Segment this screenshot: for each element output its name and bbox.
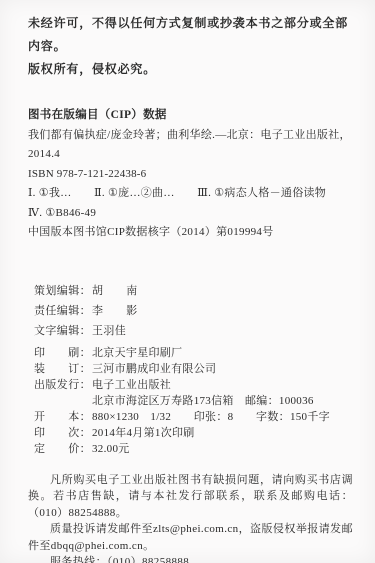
field-value: 北京天宇星印刷厂 [92,347,182,359]
field-label: 开 本： [34,409,92,425]
field-value: 32.00元 [92,443,130,455]
cip-heading: 图书在版编目（CIP）数据 [28,106,353,126]
notice-line-2: 版权所有，侵权必究。 [28,58,353,81]
field-value: 880×1230 1/32 印张：8 字数：150千字 [92,411,330,423]
cip-data-block: 图书在版编目（CIP）数据 我们都有偏执症/庞金玲著；曲利华绘.—北京：电子工业… [28,106,353,243]
field-value: 北京市海淀区万寿路173信箱 邮编：100036 [92,395,314,407]
field-label: 出版发行： [34,377,92,393]
binding-row: 装 订：三河市鹏成印业有限公司 [34,361,353,377]
editor-label: 策划编辑： [34,281,92,301]
price-row: 定 价：32.00元 [34,441,353,457]
publisher-row: 出版发行：电子工业出版社 [34,377,353,393]
isbn-number: ISBN 978-7-121-22438-6 [28,165,353,185]
field-label: 印 刷： [34,345,92,361]
cip-registry-number: 中国版本图书馆CIP数据核字（2014）第019994号 [28,223,353,243]
exchange-notice: 凡所购买电子工业出版社图书有缺损问题，请向购买书店调换。若书店售缺，请与本社发行… [28,472,353,522]
editor-label: 责任编辑： [34,301,92,321]
editor-row-planning: 策划编辑：胡 南 [34,281,353,301]
publishing-info-block: 印 刷：北京天宇星印刷厂 装 订：三河市鹏成印业有限公司 出版发行：电子工业出版… [34,345,353,457]
service-notes-block: 凡所购买电子工业出版社图书有缺损问题，请向购买书店调换。若书店售缺，请与本社发行… [28,472,353,563]
field-label: 定 价： [34,441,92,457]
copyright-page: 未经许可，不得以任何方式复制或抄袭本书之部分或全部内容。 版权所有，侵权必究。 … [0,0,375,563]
publisher-address-row: 北京市海淀区万寿路173信箱 邮编：100036 [34,393,353,409]
field-label: 装 订： [34,361,92,377]
editors-block: 策划编辑：胡 南 责任编辑：李 影 文字编辑：王羽佳 [34,281,353,341]
editor-name: 胡 南 [92,285,138,297]
editor-name: 王羽佳 [92,325,126,337]
field-value: 2014年4月第1次印刷 [92,427,195,439]
cip-classification-line-1: Ⅰ. ①我… Ⅱ. ①庞…②曲… Ⅲ. ①病态人格－通俗读物 [28,184,353,204]
editor-row-text: 文字编辑：王羽佳 [34,321,353,341]
format-row: 开 本：880×1230 1/32 印张：8 字数：150千字 [34,409,353,425]
editor-name: 李 影 [92,305,138,317]
complaint-notice: 质量投诉请发邮件至zlts@phei.com.cn，盗版侵权举报请发邮件至dbq… [28,521,353,554]
notice-line-1: 未经许可，不得以任何方式复制或抄袭本书之部分或全部内容。 [28,12,353,58]
service-hotline: 服务热线：（010）88258888。 [28,554,353,563]
field-value: 电子工业出版社 [92,379,171,391]
copyright-notice: 未经许可，不得以任何方式复制或抄袭本书之部分或全部内容。 版权所有，侵权必究。 [28,12,353,81]
field-label: 印 次： [34,425,92,441]
field-value: 三河市鹏成印业有限公司 [92,363,216,375]
editor-row-responsible: 责任编辑：李 影 [34,301,353,321]
printing-row: 印 刷：北京天宇星印刷厂 [34,345,353,361]
editor-label: 文字编辑： [34,321,92,341]
cip-classification-line-2: Ⅳ. ①B846-49 [28,204,353,224]
impression-row: 印 次：2014年4月第1次印刷 [34,425,353,441]
cip-record: 我们都有偏执症/庞金玲著；曲利华绘.—北京：电子工业出版社，2014.4 [28,126,353,165]
